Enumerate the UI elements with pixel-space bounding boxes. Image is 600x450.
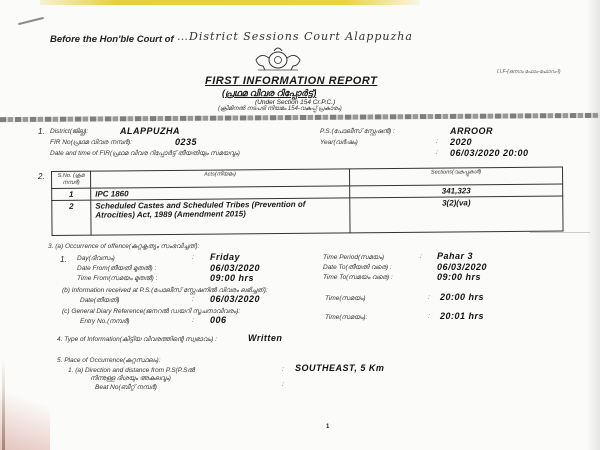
- report-title: FIRST INFORMATION REPORT: [205, 75, 377, 87]
- occurrence-item-number: 1.: [60, 255, 67, 264]
- kerala-emblem-icon: [250, 44, 306, 72]
- time-to-value: 09:00 hrs: [437, 272, 481, 282]
- info-received-date-label: Date(തീയതി): [80, 297, 119, 305]
- fir-no-value: 0235: [175, 137, 197, 147]
- fir-no-label: FIR No(പ്രഥമ വിവര നമ്പർ):: [50, 139, 132, 147]
- row-sections: 3(2)(va): [350, 196, 563, 233]
- fir-datetime-label: Date and time of FIR(പ്രഥമ വിവര റിപ്പോർട…: [50, 150, 240, 158]
- date-from-value: 06/03/2020: [210, 263, 260, 273]
- header-divider: [0, 113, 600, 122]
- year-value: 2020: [450, 137, 472, 147]
- row-sno: 2: [52, 200, 91, 235]
- colon: :: [192, 296, 194, 303]
- entry-no-label: Entry No.(നമ്പർ): [80, 318, 130, 326]
- day-label: Day(ദിവസം): [77, 255, 115, 263]
- row-act: Scheduled Castes and Scheduled Tribes (P…: [91, 198, 350, 235]
- column-header-sno: S.No. (ക്രമ നമ്പർ): [52, 171, 91, 188]
- page-edge-line: [2, 360, 5, 450]
- direction-label-malayalam: നിന്നുള്ള ദിശയും അകലവും): [90, 375, 171, 383]
- colon: :: [436, 138, 438, 145]
- faint-line: [530, 232, 590, 233]
- info-received-time-label: Time(സമയം): [325, 295, 366, 303]
- year-label: Year(വർഷം): [320, 139, 358, 147]
- section-1-number: 1.: [38, 127, 45, 136]
- info-received-date-value: 06/03/2020: [210, 294, 260, 304]
- district-value: ALAPPUZHA: [120, 126, 180, 136]
- diary-time-label: Time(സമയം):: [325, 314, 367, 322]
- yellow-paper-edge: [40, 0, 420, 5]
- time-to-label: Time To(സമയം വരെ) :: [323, 274, 393, 282]
- under-section-malayalam: (ക്രിമിനൽ നടപടി നിയമം 154-വകുപ്പ് പ്രകാര…: [218, 106, 342, 113]
- colon: :: [436, 149, 438, 156]
- colon: :: [428, 294, 430, 301]
- page-shadow: [586, 0, 600, 450]
- info-type-label: 4. Type of Information(കിട്ടിയ വിവരത്തിന…: [57, 336, 217, 344]
- colon: :: [192, 317, 194, 324]
- day-value: Friday: [210, 252, 240, 262]
- time-period-value: Pahar 3: [437, 251, 473, 261]
- section-2-number: 2.: [38, 172, 45, 181]
- place-heading: 5. Place of Occurrence(കുറ്റസ്ഥലം):: [57, 357, 161, 365]
- under-section: (Under Section 154 Cr.P.C.): [255, 99, 335, 106]
- district-label: District(ജില്ല):: [50, 128, 88, 136]
- police-station-value: ARROOR: [450, 126, 493, 136]
- info-type-value: Written: [248, 333, 282, 343]
- entry-no-value: 006: [210, 315, 227, 325]
- police-station-label: P.S.(പോലീസ് സ്റ്റേഷൻ) :: [320, 128, 395, 136]
- row-sno: 1: [52, 188, 91, 200]
- direction-label: 1. (a) Direction and distance from P.S(P…: [68, 367, 195, 375]
- date-to-value: 06/03/2020: [437, 262, 487, 272]
- court-prefix: Before the Hon'ble Court of: [50, 34, 174, 45]
- colon: :: [192, 254, 194, 261]
- court-handwritten: …District Sessions Court Alappuzha: [177, 30, 413, 43]
- direction-value: SOUTHEAST, 5 Km: [295, 363, 384, 373]
- page-number: 1: [326, 424, 329, 430]
- colon: :: [282, 381, 284, 388]
- acts-sections-table: S.No. (ക്രമ നമ്പർ) Acts(നിയമം) Sections(…: [51, 167, 564, 236]
- colon: :: [282, 366, 284, 373]
- colon: :: [428, 313, 430, 320]
- beat-no-label: Beat No(ബീറ്റ് നമ്പർ): [95, 384, 157, 392]
- form-code: I.I.F-(ഒന്നാം ഫോം-ഫോറം-I): [497, 69, 561, 75]
- fir-datetime-value: 06/03/2020 20:00: [450, 148, 529, 158]
- diary-time-value: 20:01 hrs: [440, 311, 484, 321]
- info-received-time-value: 20:00 hrs: [440, 292, 484, 302]
- column-header-sections: Sections(വകുപ്പുകൾ): [349, 167, 562, 186]
- report-title-malayalam: (പ്രഥമ വിവര റിപ്പോർട്ട്): [222, 88, 316, 99]
- table-row: 2 Scheduled Castes and Scheduled Tribes …: [52, 196, 563, 235]
- colon: :: [420, 253, 422, 260]
- time-from-value: 09:00 hrs: [210, 273, 254, 283]
- hand-shadow: [0, 380, 50, 450]
- time-from-label: Time From(സമയം മുതൽ) :: [77, 275, 157, 283]
- court-name: District Sessions Court Alappuzha: [189, 30, 413, 43]
- occurrence-heading: 3. (a) Occurrence of offence(കുറ്റകൃത്യം…: [48, 243, 199, 251]
- date-to-label: Date To(തീയതി വരെ) :: [323, 264, 392, 272]
- date-from-label: Date From(തീയതി മുതൽ) :: [77, 265, 156, 273]
- time-period-label: Time Period(സമയം): [323, 254, 384, 262]
- pen-mark: [18, 17, 44, 25]
